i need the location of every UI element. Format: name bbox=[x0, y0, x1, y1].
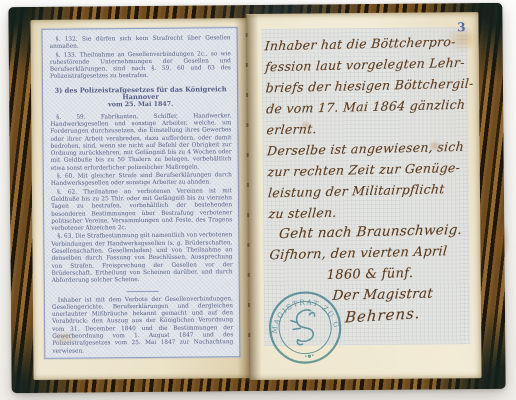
handwritten-entry: Inhaber hat die Böttcherpro- fession lau… bbox=[265, 31, 472, 329]
book-cover: §. 132. Sie dürfen sich kein Strafrecht … bbox=[8, 3, 505, 393]
paragraph-62: §. 62. Theilnahme an verbotenen Vereinen… bbox=[51, 188, 232, 233]
paragraph-63: §. 63. Die Strafbestimmung gilt namentli… bbox=[51, 233, 232, 286]
law-heading: 3) des Polizeistrafgesetzes für das Köni… bbox=[50, 86, 231, 102]
law-heading-date: vom 25. Mai 1847. bbox=[50, 101, 231, 110]
magistrat-gifhorn-stamp: MAGISTRAT ZU GIFHORN bbox=[262, 284, 348, 370]
stamp-rosette-icon bbox=[305, 354, 314, 358]
paragraph-132: §. 132. Sie dürfen sich kein Strafrecht … bbox=[50, 35, 231, 51]
photo-background: §. 132. Sie dürfen sich kein Strafrecht … bbox=[0, 0, 516, 400]
paragraph-59: §. 59. Fabrikanten, Schiffer, Handwerker… bbox=[50, 113, 232, 173]
holder-notice-paragraph: Inhaber ist mit dem Verbote der Gesellen… bbox=[52, 296, 234, 356]
right-page: 3 Inhaber hat die Böttcherpro- fession l… bbox=[246, 12, 481, 380]
left-page: §. 132. Sie dürfen sich kein Strafrecht … bbox=[30, 18, 249, 380]
printed-regulations-panel: §. 132. Sie dürfen sich kein Strafrecht … bbox=[42, 27, 241, 359]
paragraph-133: §. 133. Theilnahme an Gesellenverbindung… bbox=[50, 51, 231, 82]
section-divider bbox=[126, 290, 158, 291]
paragraph-60: §. 60. Mit gleicher Strafe sind Berufser… bbox=[51, 172, 232, 188]
lion-emblem-icon bbox=[290, 309, 319, 346]
